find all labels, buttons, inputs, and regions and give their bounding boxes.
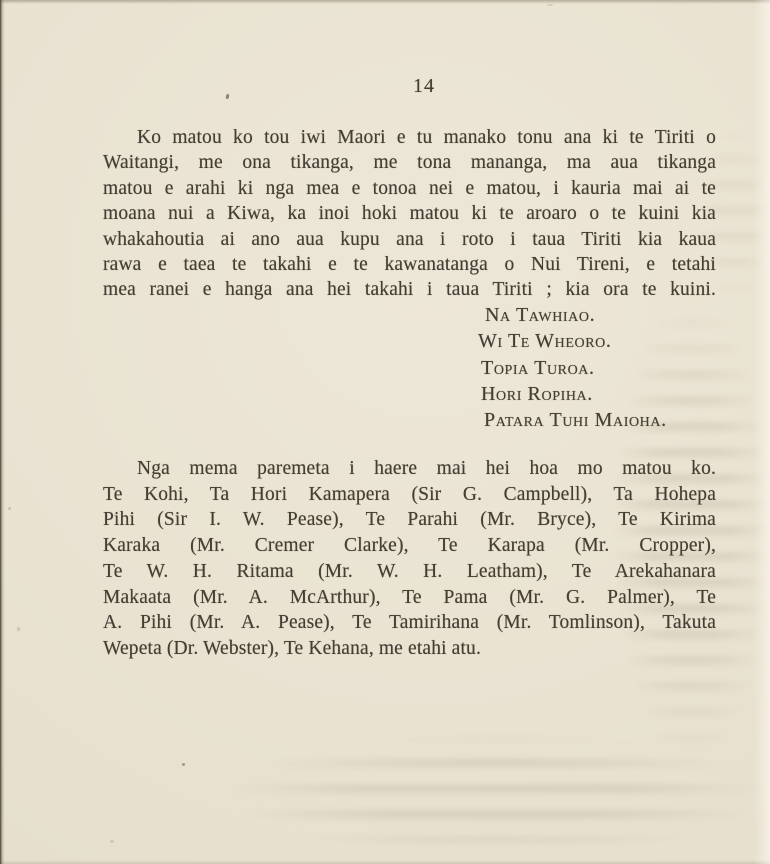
- scan-edge-left: [0, 0, 5, 864]
- bleed-through-texture: [228, 732, 762, 858]
- text-line: Pihi (Sir I. W. Pease), Te Parahi (Mr. B…: [103, 507, 716, 533]
- petition-paragraph: Ko matou ko tou iwi Maori e tu manako to…: [103, 125, 716, 303]
- signature-list: Na Tawhiao. Wi Te Wheoro. Topia Turoa. H…: [478, 302, 667, 433]
- text-line: Te Kohi, Ta Hori Kamapera (Sir G. Campbe…: [103, 482, 716, 508]
- scan-edge-right: [754, 0, 770, 864]
- text-line: Waitangi, me ona tikanga, me tona manang…: [103, 150, 716, 175]
- text-line: matou e arahi ki nga mea e tonoa nei e m…: [103, 176, 716, 201]
- paper-speck: [8, 507, 11, 510]
- signature-name: Topia Turoa.: [481, 355, 667, 381]
- members-paragraph: Nga mema paremeta i haere mai hei hoa mo…: [103, 456, 716, 662]
- text-line: mea ranei e hanga ana hei takahi i taua …: [103, 277, 716, 302]
- text-line: A. Pihi (Mr. A. Pease), Te Tamirihana (M…: [103, 610, 716, 636]
- text-line: Karaka (Mr. Cremer Clarke), Te Karapa (M…: [103, 533, 716, 559]
- signature-name: Hori Ropiha.: [481, 381, 667, 407]
- text-line: rawa e taea te takahi e te kawanatanga o…: [103, 252, 716, 277]
- page-number: 14: [413, 75, 435, 98]
- paper-speck: [110, 840, 114, 843]
- paper-speck: [182, 763, 185, 766]
- signature-name: Wi Te Wheoro.: [478, 328, 667, 354]
- text-line: Makaata (Mr. A. McArthur), Te Pama (Mr. …: [103, 585, 716, 611]
- text-line: Ko matou ko tou iwi Maori e tu manako to…: [103, 125, 716, 150]
- signature-name: Patara Tuhi Maioha.: [484, 407, 667, 433]
- text-line: Te W. H. Ritama (Mr. W. H. Leatham), Te …: [103, 559, 716, 585]
- paper-speck: [225, 94, 229, 100]
- text-line: moana nui a Kiwa, ka inoi hoki matou ki …: [103, 201, 716, 226]
- signature-name: Na Tawhiao.: [485, 302, 667, 328]
- paper-speck: [547, 4, 553, 6]
- scanned-book-page: 14 Ko matou ko tou iwi Maori e tu manako…: [0, 0, 770, 864]
- paper-speck: [17, 627, 20, 631]
- text-line: Nga mema paremeta i haere mai hei hoa mo…: [103, 456, 716, 482]
- text-line: Wepeta (Dr. Webster), Te Kehana, me etah…: [103, 636, 716, 662]
- scan-edge-top: [0, 0, 770, 4]
- text-line: whakahoutia ai ano aua kupu ana i roto i…: [103, 227, 716, 252]
- scan-edge-bottom: [0, 860, 770, 864]
